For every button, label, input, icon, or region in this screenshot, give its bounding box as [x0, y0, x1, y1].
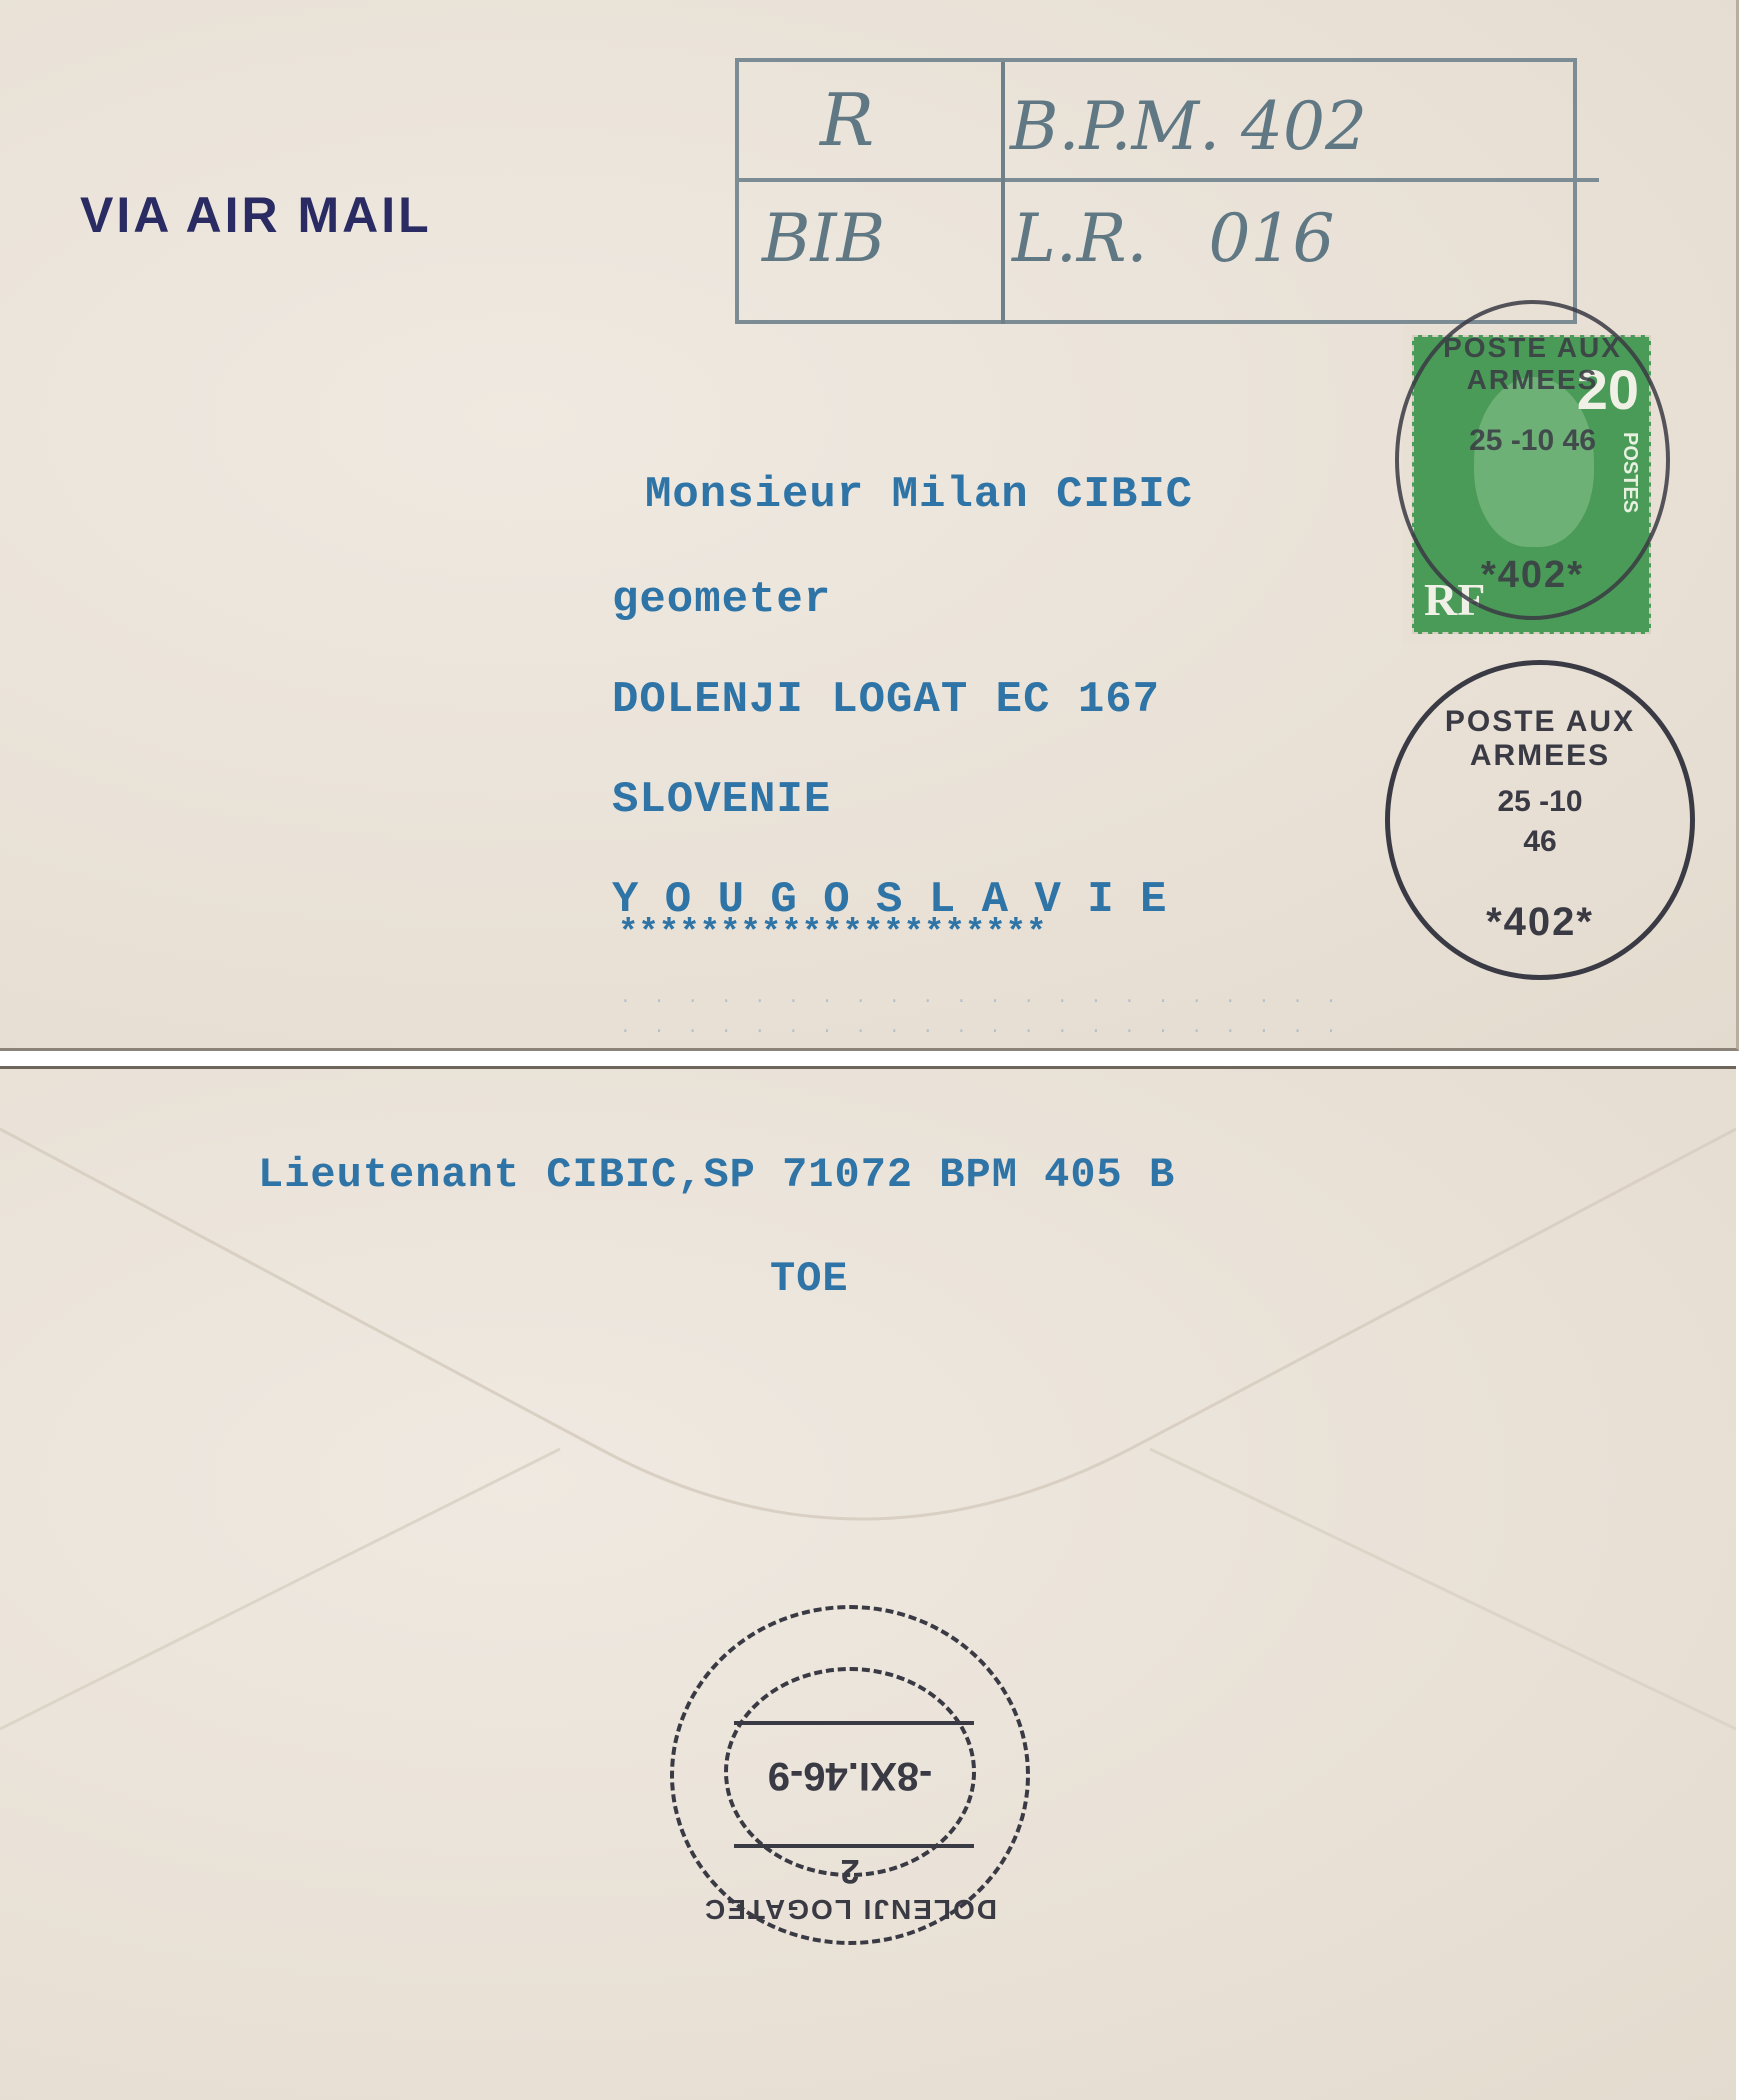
postmark-bar [734, 1844, 974, 1848]
arrival-postmark: -8XI.46-9 2 DOLENJI LOGATEC [670, 1605, 1030, 1945]
address-line-region: SLOVENIE [612, 775, 831, 825]
postmark-date: 25 -10 46 [1399, 424, 1666, 458]
address-line-profession: geometer [612, 575, 831, 625]
postmark-year: 46 [1390, 825, 1690, 859]
envelope-back: Lieutenant CIBIC,SP 71072 BPM 405 B TOE … [0, 1066, 1736, 2100]
envelope-front: VIA AIR MAIL R B.P.M. 402 BIB L.R. 016 M… [0, 0, 1739, 1051]
faint-dotted-line: · · · · · · · · · · · · · · · · · · · · … [620, 1022, 1342, 1042]
registration-box-column-divider [1001, 62, 1005, 324]
postmark-office-number: *402* [1390, 900, 1690, 945]
arrival-postmark-date: -8XI.46-9 [674, 1759, 1026, 1793]
registration-lr-number: L.R. 016 [1012, 200, 1334, 277]
sender-address-toe: TOE [770, 1255, 849, 1303]
postmark-office-number: *402* [1399, 554, 1666, 597]
registration-bib: BIB [762, 200, 885, 277]
registration-bpm: B.P.M. 402 [1010, 88, 1367, 165]
registration-r-mark: R [820, 78, 874, 162]
postmark-on-stamp: POSTE AUX ARMEES 25 -10 46 *402* [1395, 300, 1670, 620]
postmark-ring-text: POSTE AUX ARMEES [1399, 332, 1666, 396]
sender-address-line: Lieutenant CIBIC,SP 71072 BPM 405 B [258, 1151, 1175, 1199]
postmark-ring-text: POSTE AUX ARMEES [1390, 705, 1690, 773]
registration-box-divider [739, 178, 1599, 182]
envelope-flap-lines [0, 1069, 1736, 2100]
arrival-postmark-office: 2 [674, 1854, 1026, 1888]
address-underline-stars: ********************* [618, 915, 1046, 953]
faint-dotted-line: · · · · · · · · · · · · · · · · · · · · … [620, 992, 1342, 1012]
address-line-street: DOLENJI LOGAT EC 167 [612, 675, 1160, 725]
postmark-bar [734, 1721, 974, 1725]
address-line-name: Monsieur Milan CIBIC [645, 470, 1193, 520]
postmark-day: 25 -10 [1390, 785, 1690, 819]
airmail-label: VIA AIR MAIL [80, 186, 432, 244]
arrival-postmark-ring-text: DOLENJI LOGATEC [674, 1893, 1026, 1925]
postmark-poste-aux-armees: POSTE AUX ARMEES 25 -10 46 *402* [1385, 660, 1695, 980]
